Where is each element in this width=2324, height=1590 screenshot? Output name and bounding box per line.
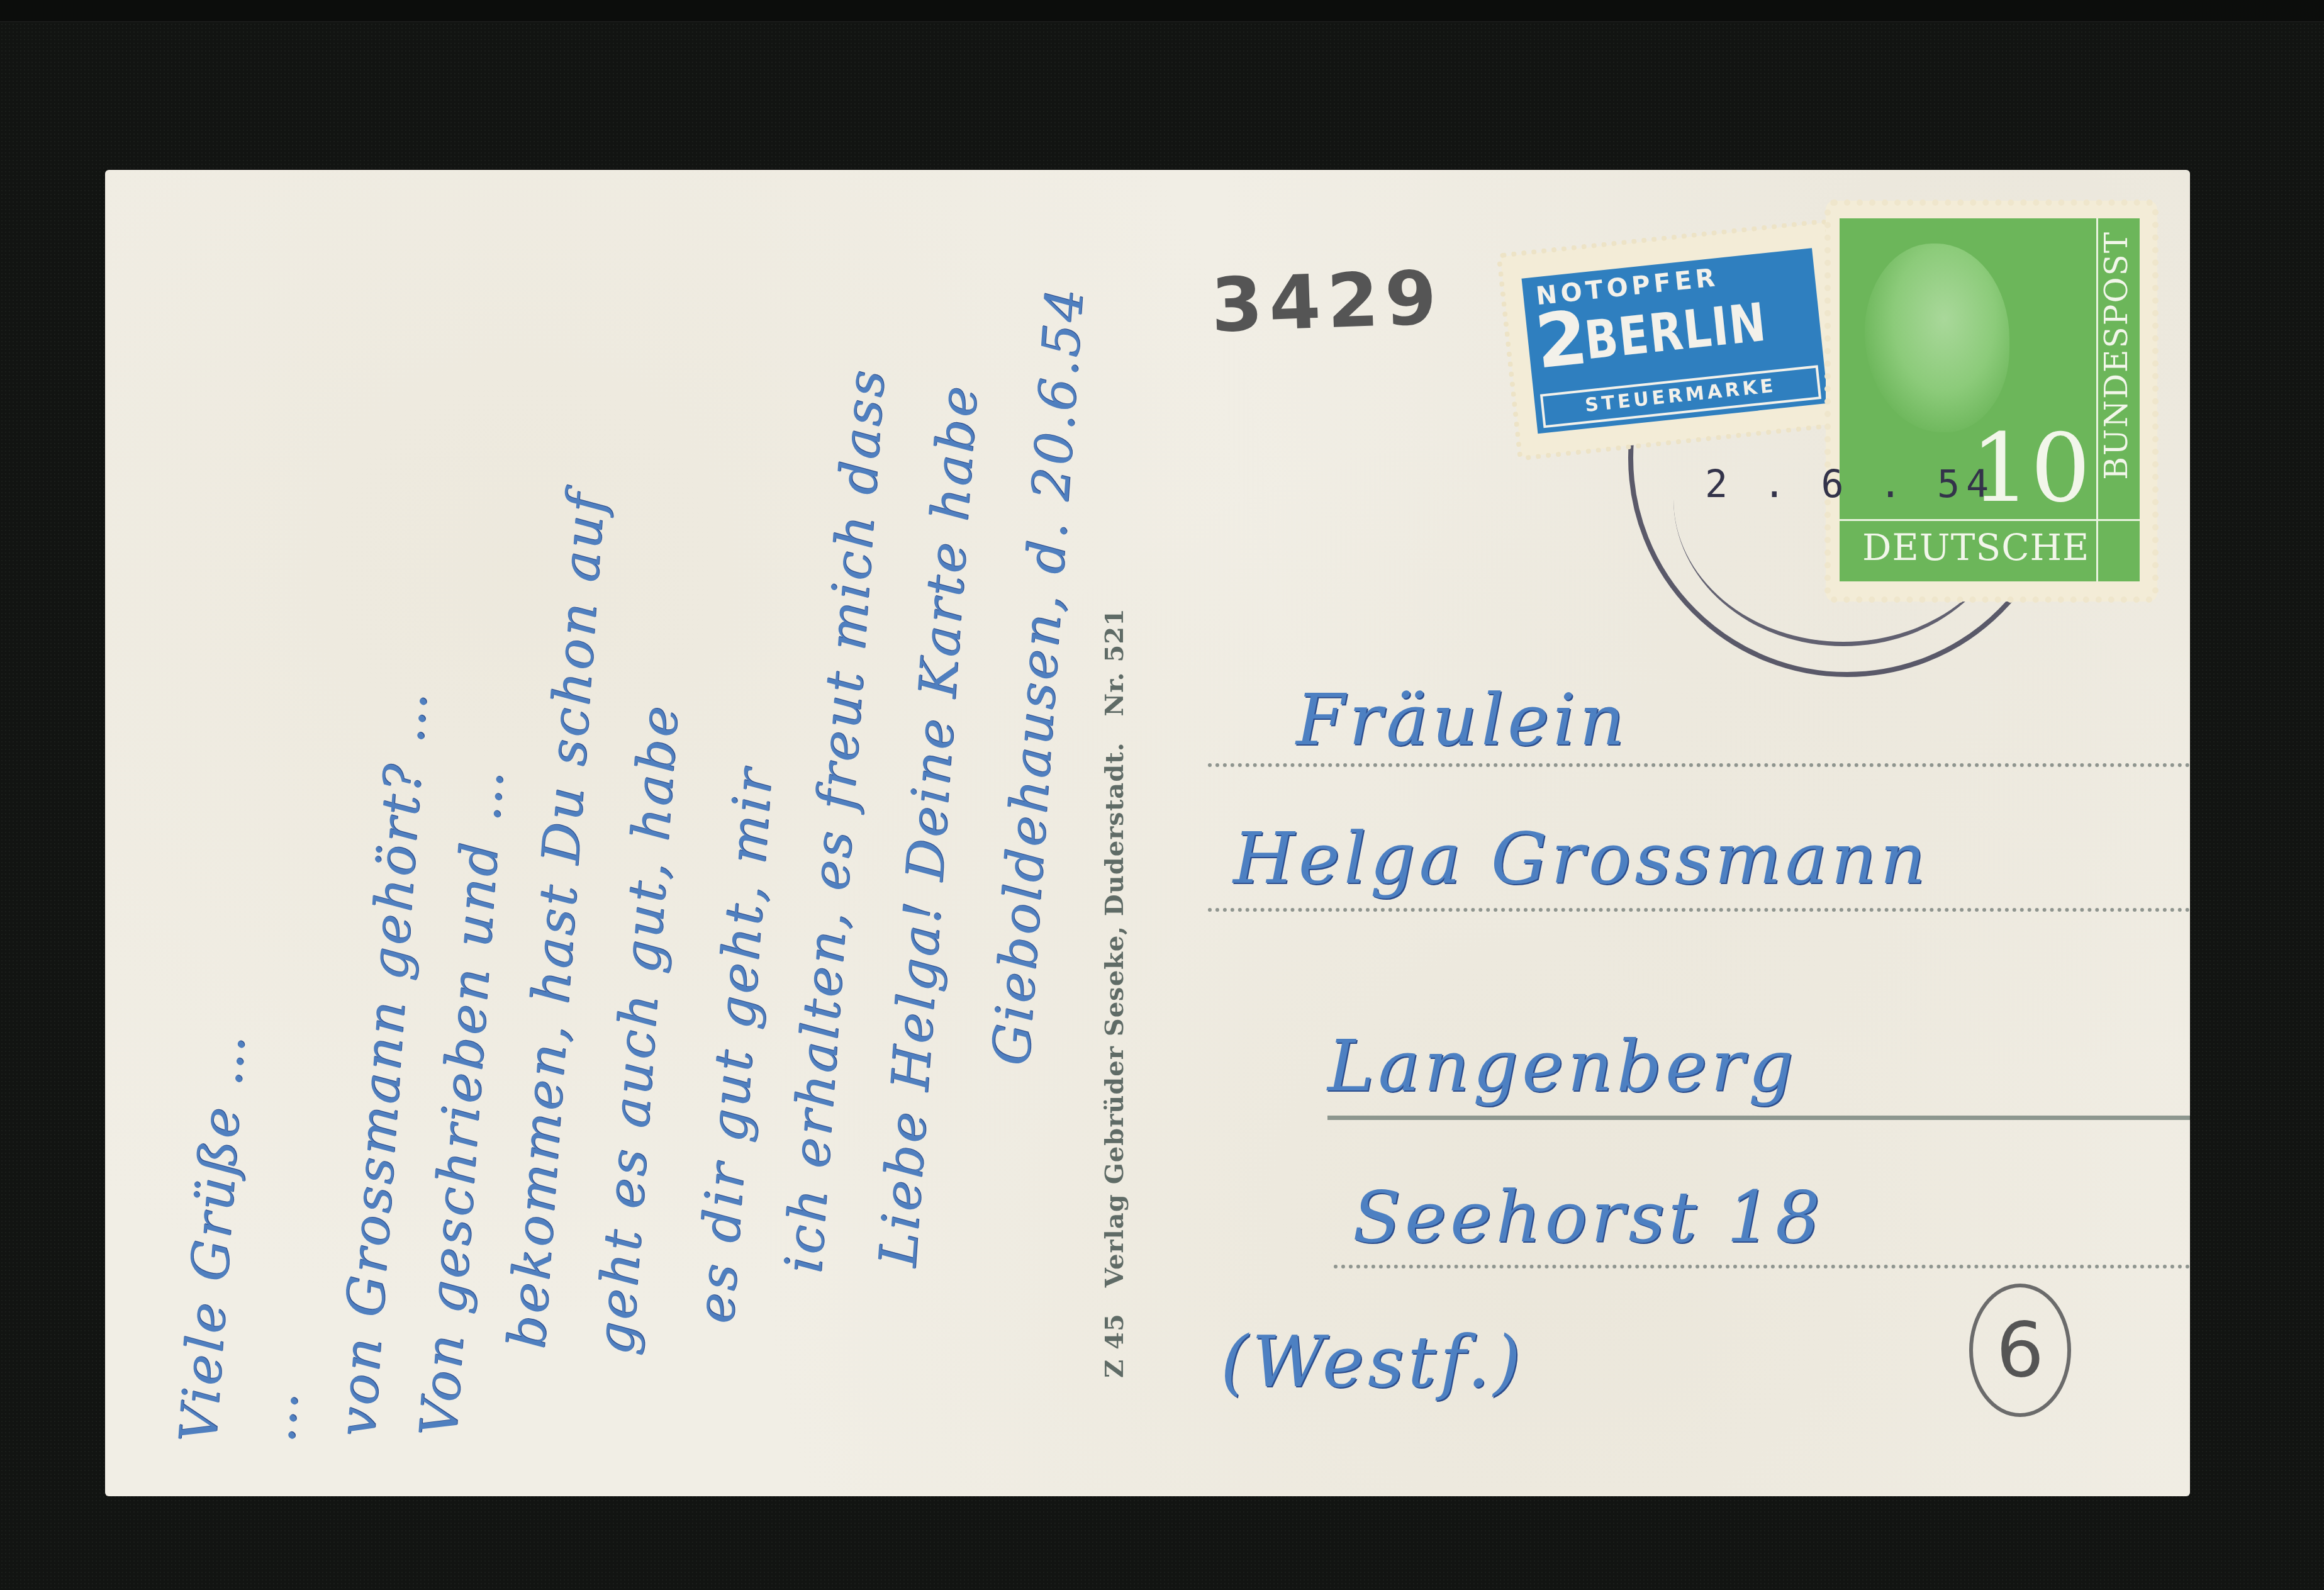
publisher-imprint: Z 45 Verlag Gebrüder Seseke, Duderstadt.… bbox=[1100, 591, 1129, 1378]
stamp-bundespost-post: BUNDESPOST bbox=[2098, 231, 2135, 480]
stamp-bundespost-face: 10 DEUTSCHE BUNDESPOST bbox=[1840, 218, 2140, 581]
imprint-series: Z 45 bbox=[1100, 1313, 1129, 1378]
address-rule-solid bbox=[1327, 1116, 2190, 1120]
stamp-notopfer-berlin: NOTOPFER 2 BERLIN STEUERMARKE bbox=[1500, 223, 1847, 457]
address-region: (Westf.) bbox=[1221, 1321, 1524, 1403]
address-street: Seehorst 18 bbox=[1353, 1177, 1824, 1258]
pencil-circled-digit: 6 bbox=[1996, 1307, 2044, 1394]
portrait-icon bbox=[1865, 244, 2009, 432]
pencil-circled-number: 6 bbox=[1969, 1284, 2071, 1417]
message-line: … bbox=[247, 1387, 310, 1445]
imprint-number: Nr. 521 bbox=[1100, 608, 1129, 716]
address-rule bbox=[1334, 1265, 2190, 1268]
album-mount-edge bbox=[0, 0, 2324, 22]
imprint-publisher: Verlag Gebrüder Seseke, Duderstadt. bbox=[1100, 742, 1129, 1287]
address-name: Helga Grossmann bbox=[1233, 818, 1929, 900]
address-salutation: Fräulein bbox=[1296, 680, 1628, 761]
stamp-notopfer-face: NOTOPFER 2 BERLIN STEUERMARKE bbox=[1522, 248, 1828, 434]
pencil-catalog-number: 3429 bbox=[1210, 254, 1444, 349]
stamp-bundespost-country: DEUTSCHE bbox=[1862, 526, 2089, 569]
stamp-bundespost-10: 10 DEUTSCHE BUNDESPOST bbox=[1830, 204, 2154, 598]
address-town: Langenberg bbox=[1327, 1026, 1797, 1107]
address-rule bbox=[1208, 908, 2190, 912]
address-rule bbox=[1208, 763, 2190, 767]
postmark-date: 2 . 6 . 54 bbox=[1705, 462, 1995, 507]
